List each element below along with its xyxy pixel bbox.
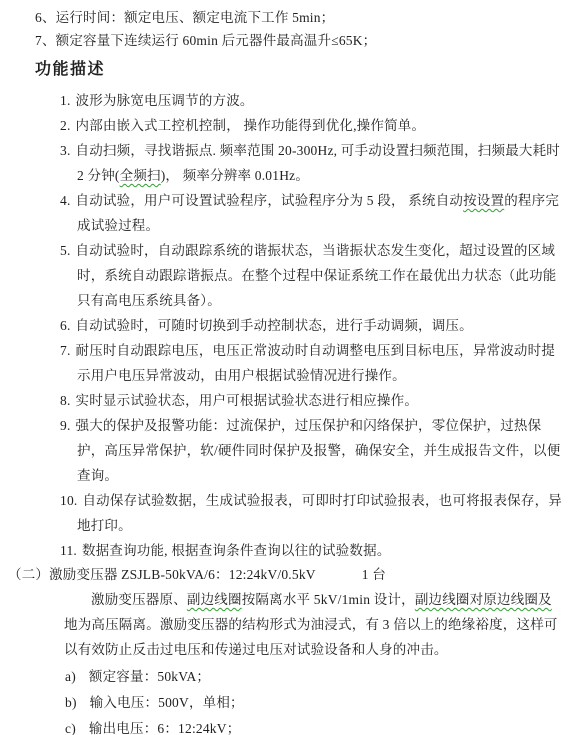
spec-item-b: b)输入电压：500V，单相； (65, 690, 572, 716)
spec-item-a: a)额定容量：50kVA； (65, 664, 572, 690)
transformer-description-spellcheck-1: 副边线圈 (187, 592, 242, 607)
feature-list: 1.波形为脉宽电压调节的方波。 2.内部由嵌入式工控机控制， 操作功能得到优化,… (60, 88, 565, 563)
feature-item-6: 6.自动试验时，可随时切换到手动控制状态，进行手动调频，调压。 (60, 313, 565, 338)
feature-item-9-text: 强大的保护及报警功能：过流保护，过压保护和闪络保护，零位保护，过热保护，高压异常… (76, 418, 561, 483)
feature-item-10-number: 10. (60, 493, 77, 508)
feature-item-1-text: 波形为脉宽电压调节的方波。 (76, 93, 254, 108)
section-two-quantity: 1 台 (362, 567, 386, 582)
transformer-description-text-3: 地为高压隔离。激励变压器的结构形式为油浸式，有 3 倍以上的绝缘裕度，这样可以有… (64, 617, 558, 657)
feature-item-11: 11.数据查询功能, 根据查询条件查询以往的试验数据。 (60, 538, 565, 563)
transformer-description: 激励变压器原、副边线圈按隔离水平 5kV/1min 设计，副边线圈对原边线圈及地… (64, 587, 565, 662)
feature-item-7-text: 耐压时自动跟踪电压，电压正常波动时自动调整电压到目标电压，异常波动时提示用户电压… (76, 343, 556, 383)
intro-item-6-text: 运行时间：额定电压、额定电流下工作 5min； (56, 10, 335, 25)
feature-item-4-text: 自动试验，用户可设置试验程序，试验程序分为 5 段， 系统自动 (76, 193, 464, 208)
feature-item-2: 2.内部由嵌入式工控机控制， 操作功能得到优化,操作简单。 (60, 113, 565, 138)
feature-item-7: 7.耐压时自动跟踪电压，电压正常波动时自动调整电压到目标电压，异常波动时提示用户… (60, 338, 565, 388)
intro-item-7: 7、额定容量下连续运行 60min 后元器件最高温升≤65K； (35, 29, 572, 52)
feature-item-1: 1.波形为脉宽电压调节的方波。 (60, 88, 565, 113)
transformer-description-text-2: 按隔离水平 5kV/1min 设计， (242, 592, 415, 607)
section-two-title: 激励变压器 ZSJLB-50kVA/6：12:24kV/0.5kV (49, 567, 316, 582)
transformer-spec-list: a)额定容量：50kVA； b)输入电压：500V，单相； c)输出电压：6：1… (65, 664, 572, 735)
feature-item-3-text-after: )， 频率分辨率 0.01Hz。 (161, 168, 309, 183)
feature-item-8-number: 8. (60, 393, 71, 408)
spec-item-a-text: 额定容量：50kVA； (89, 669, 210, 684)
feature-item-4-spellcheck-text: 按设置 (463, 193, 504, 208)
feature-item-7-number: 7. (60, 343, 71, 358)
feature-item-4-number: 4. (60, 193, 71, 208)
feature-item-3-number: 3. (60, 143, 71, 158)
feature-item-8: 8.实时显示试验状态，用户可根据试验状态进行相应操作。 (60, 388, 565, 413)
feature-item-4: 4.自动试验，用户可设置试验程序，试验程序分为 5 段， 系统自动按设置的程序完… (60, 188, 565, 238)
spec-item-c-marker: c) (65, 721, 76, 735)
feature-item-2-text: 内部由嵌入式工控机控制， 操作功能得到优化,操作简单。 (76, 118, 426, 133)
feature-item-5-number: 5. (60, 243, 71, 258)
feature-item-6-text: 自动试验时，可随时切换到手动控制状态，进行手动调频，调压。 (76, 318, 473, 333)
spec-item-c: c)输出电压：6：12:24kV； (65, 716, 572, 735)
feature-item-3: 3.自动扫频，寻找谐振点. 频率范围 20-300Hz, 可手动设置扫频范围，扫… (60, 138, 565, 188)
document-page: 6、运行时间：额定电压、额定电流下工作 5min； 7、额定容量下连续运行 60… (0, 0, 572, 735)
spec-item-b-text: 输入电压：500V，单相； (90, 695, 244, 710)
feature-item-8-text: 实时显示试验状态，用户可根据试验状态进行相应操作。 (76, 393, 419, 408)
transformer-description-spellcheck-2: 副边线圈对原边线圈及 (415, 592, 552, 607)
spec-item-b-marker: b) (65, 695, 77, 710)
feature-item-3-spellcheck-text: 全频扫 (120, 168, 161, 183)
feature-item-1-number: 1. (60, 93, 71, 108)
feature-item-2-number: 2. (60, 118, 71, 133)
feature-item-5-text: 自动试验时，自动跟踪系统的谐振状态，当谐振状态发生变化，超过设置的区域时，系统自… (76, 243, 557, 308)
feature-item-9-number: 9. (60, 418, 71, 433)
feature-item-5: 5.自动试验时，自动跟踪系统的谐振状态，当谐振状态发生变化，超过设置的区域时，系… (60, 238, 565, 313)
transformer-description-text-1: 激励变压器原、 (91, 592, 187, 607)
intro-item-6: 6、运行时间：额定电压、额定电流下工作 5min； (35, 6, 572, 29)
spec-item-c-text: 输出电压：6：12:24kV； (89, 721, 241, 735)
feature-item-11-text: 数据查询功能, 根据查询条件查询以往的试验数据。 (82, 543, 391, 558)
spec-item-a-marker: a) (65, 669, 76, 684)
feature-item-10-text: 自动保存试验数据，生成试验报表，可即时打印试验报表，也可将报表保存，异地打印。 (77, 493, 562, 533)
intro-item-6-marker: 6、 (35, 10, 56, 25)
feature-item-10: 10.自动保存试验数据，生成试验报表，可即时打印试验报表，也可将报表保存，异地打… (60, 488, 565, 538)
section-two-label: （二） (8, 567, 49, 582)
intro-item-7-text: 额定容量下连续运行 60min 后元器件最高温升≤65K； (56, 33, 377, 48)
section-two-heading-line: （二）激励变压器 ZSJLB-50kVA/6：12:24kV/0.5kV1 台 (8, 563, 572, 587)
section-heading: 功能描述 (35, 59, 572, 81)
feature-item-6-number: 6. (60, 318, 71, 333)
feature-item-11-number: 11. (60, 543, 77, 558)
intro-item-7-marker: 7、 (35, 33, 56, 48)
feature-item-9: 9.强大的保护及报警功能：过流保护，过压保护和闪络保护，零位保护，过热保护，高压… (60, 413, 565, 488)
